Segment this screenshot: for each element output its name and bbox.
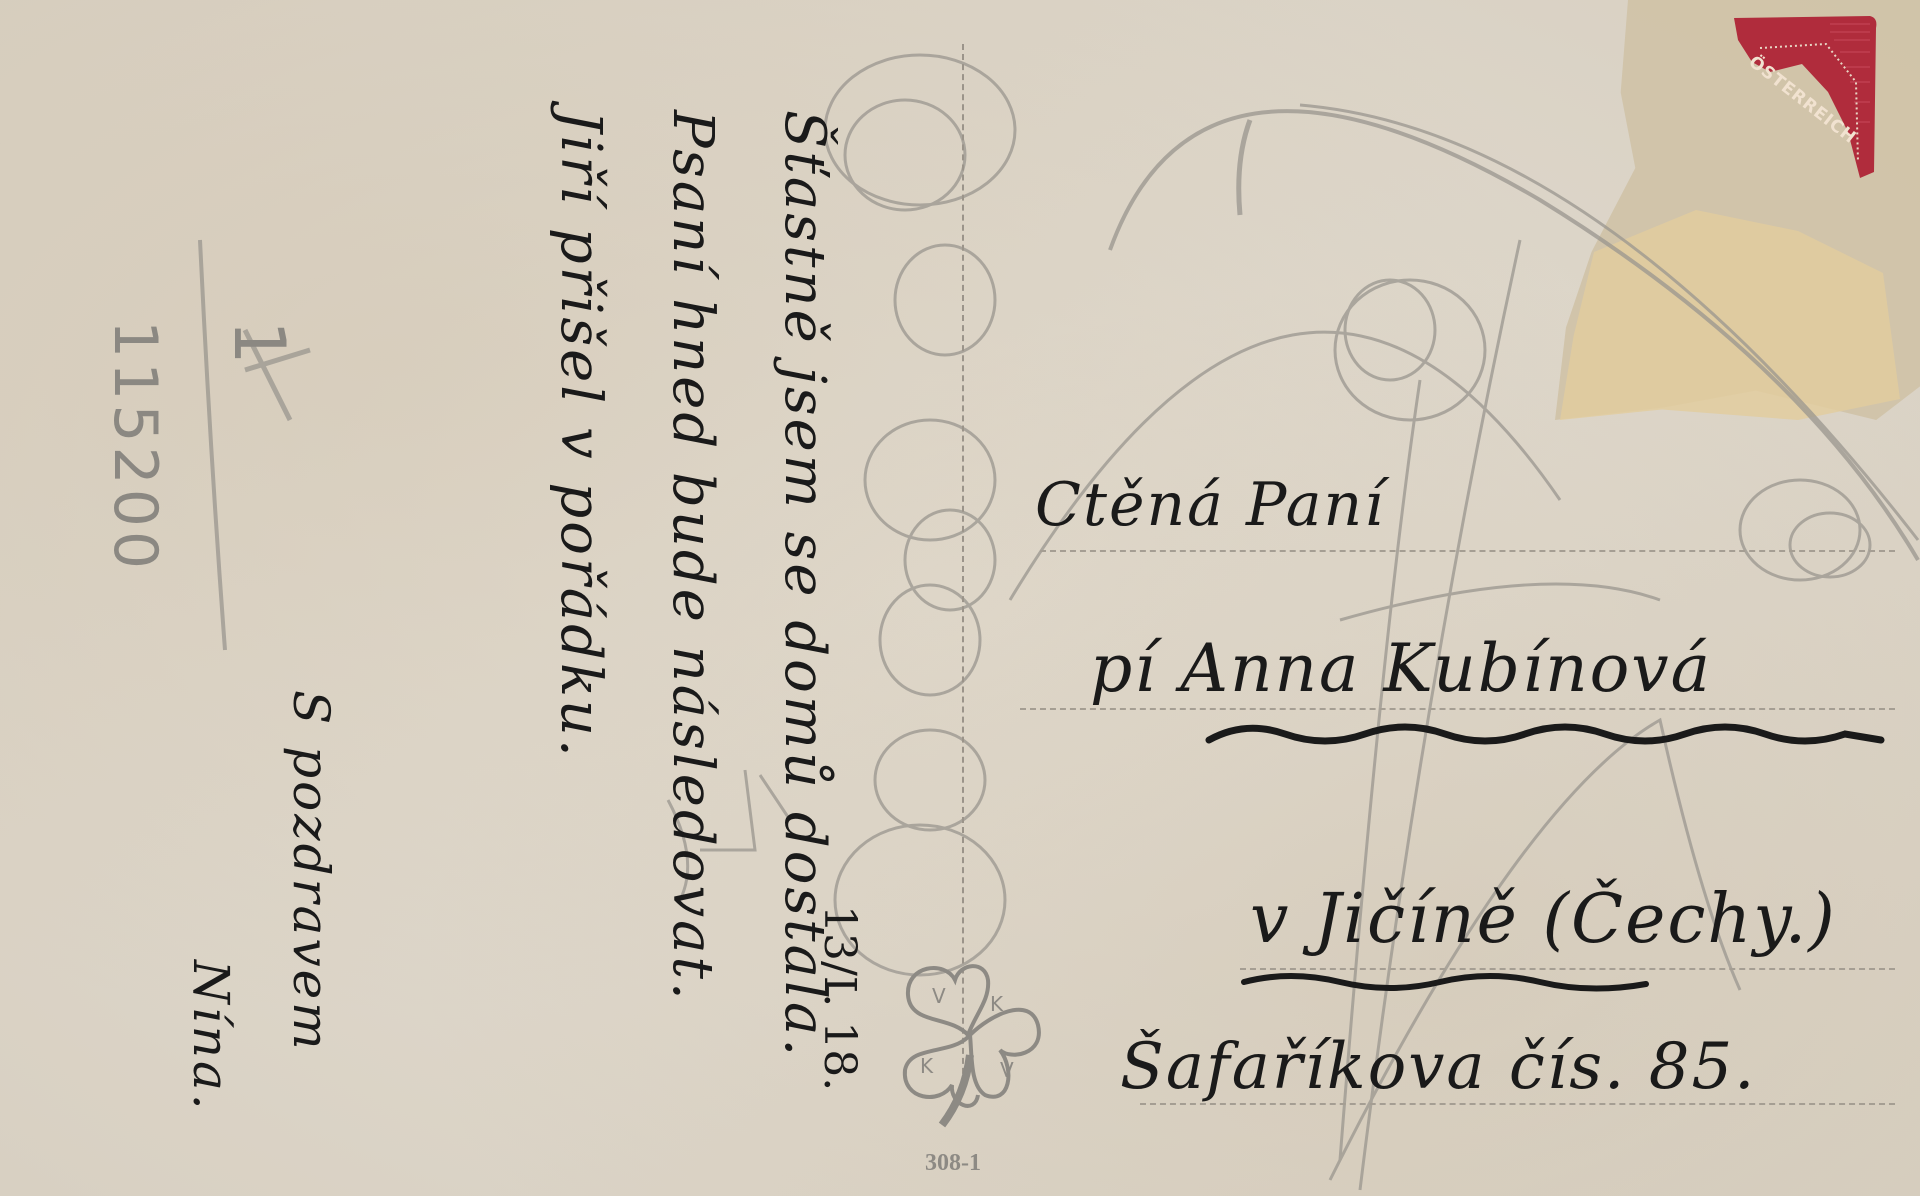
message-block: Šťastně jsem se domů dostala. Psaní hned… bbox=[260, 110, 860, 1170]
pencil-number: 115200 bbox=[100, 320, 170, 573]
address-line-2 bbox=[1020, 708, 1895, 710]
address-line-1 bbox=[1040, 550, 1895, 552]
logo-letter-1: V bbox=[932, 984, 946, 1008]
logo-letter-2: K bbox=[990, 992, 1004, 1016]
pencil-mark: 1 bbox=[218, 320, 300, 365]
date-month: I. bbox=[814, 976, 865, 1007]
date-year: 18. bbox=[814, 1021, 865, 1091]
publisher-code: 308-1 bbox=[925, 1150, 981, 1177]
address-recipient: pí Anna Kubínová bbox=[1090, 630, 1712, 707]
address-city: v Jičíně (Čechy.) bbox=[1250, 880, 1837, 959]
vertical-divider bbox=[962, 44, 964, 1094]
message-closing: S pozdravem bbox=[282, 690, 340, 1053]
address-street: Šafaříkova čís. 85. bbox=[1120, 1030, 1757, 1104]
address-salutation: Ctěná Paní bbox=[1035, 470, 1385, 540]
logo-letter-4: V bbox=[1000, 1058, 1014, 1082]
recipient-underline bbox=[1205, 720, 1885, 748]
publisher-clover-logo-icon: V K K V bbox=[890, 955, 1050, 1140]
date-day: 13 bbox=[814, 905, 865, 961]
message-line-3: Jiří přišel v pořádku. bbox=[524, 110, 636, 1170]
message-line-2: Psaní hned bude následovat. bbox=[636, 110, 748, 1170]
logo-letter-3: K bbox=[920, 1054, 934, 1078]
message-signature: Nína. bbox=[182, 960, 240, 1113]
city-underline bbox=[1240, 968, 1650, 996]
postcard-reverse: ÖSTERREICH bbox=[0, 0, 1920, 1196]
handwritten-date: 13/I. 18. bbox=[814, 905, 865, 1091]
